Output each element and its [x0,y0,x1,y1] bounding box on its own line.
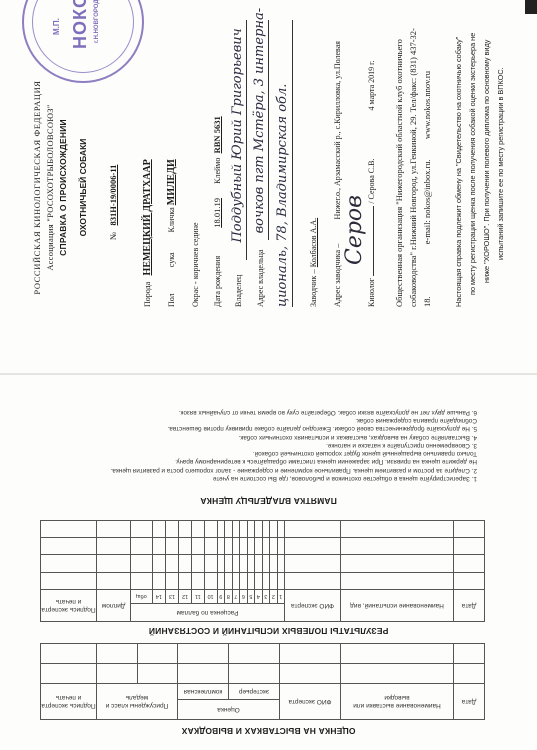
org-phone-suffix: 18. [422,296,432,307]
certificate-section: РОССИЙСКАЯ КИНОЛОГИЧЕСКАЯ ФЕДЕРАЦИЯ Ассо… [20,0,515,375]
trials-score-col: 13 [165,589,178,603]
memo-item: 2. Следите за ростом и развитием щенка. … [17,465,477,473]
org-website: www.nokos.nnov.ru [422,71,432,139]
trials-score-col: 12 [179,589,192,603]
memo-item: 6. Раньше двух лет не допускайте вязки с… [17,407,477,415]
memo-list: 1. Зарегистрируйте щенка в обществе охот… [17,407,477,482]
owner-address-row2: циональ, 78, Владимирская обл. [275,84,290,307]
trials-score-col: 2 [270,589,277,603]
shows-header-name: Наименование выставки или выводки [341,684,454,720]
table-row [41,664,485,684]
breed-row: Порода НЕМЕЦКИЙ ДРАТХААР [142,159,153,307]
owner-address-underline1 [268,20,269,240]
breed-value: НЕМЕЦКИЙ ДРАТХААР [142,159,153,275]
owner-address-line1: вочков пгт Мстёра, 3 интерна- [252,8,267,234]
sex-label: Пол [167,293,176,307]
certificate-number: 831Н-19/0006-11 [108,165,118,226]
dob-row: Дата рождения 18.01.19 Клеймо RBN 5631 [212,116,222,307]
table-row [41,555,485,572]
breeder-value: Колбасов А.А. [309,218,318,267]
owner-address-underline2 [292,20,293,307]
owner-address-row: Адрес владельца вочков пгт Мстёра, 3 инт… [252,8,267,307]
sex-value: сука [167,252,176,267]
shows-header-awards: Присуждены класс и медаль [97,684,178,720]
shows-header-exterior: экстерьер [229,684,280,700]
table-row [41,572,485,589]
color-value: коричнев седине [191,222,200,279]
records-section: ОЦЕНКА НА ВЫСТАВКАХ И ВЫВОДКАХ Дата Наим… [0,375,537,750]
trials-score-col: 8 [225,589,232,603]
notice-line2: по месту регистрации щенка после получен… [468,33,477,295]
notice-line4: испытаний запишите ее по месту регистрац… [496,67,505,260]
memo-item: 3. Своевременно приступайте к натаске и … [17,441,477,449]
trials-header-name: Наименование испытаний, вид [341,589,454,621]
name-label: Кличка [167,207,176,232]
shows-header-grade: Оценка [178,700,280,720]
stamp-mp: М.П. [52,18,61,35]
trials-score-col: 11 [192,589,204,603]
breeder-address-label: Адрес заводчика [333,250,342,307]
memo-item: 5. Не допускайте бродяжничества своей со… [17,424,477,432]
breeder-address-row: Адрес заводчика – Нижег.о., Арзамасский … [332,41,342,307]
owner-value: Поддубный Юрий Григорьевич [230,28,245,242]
table-row [41,521,485,538]
stamp-abbr: НОКОС [70,0,91,49]
memo-title: ПАМЯТКА ВЛАДЕЛЬЦУ ЩЕНКА [0,496,537,506]
table-row [41,644,485,664]
memo-item: Не держите щенка на привязи. При заражен… [17,457,477,465]
owner-address-label: Адрес владельца [256,250,265,307]
number-label: № [108,232,118,240]
shows-title: ОЦЕНКА НА ВЫСТАВКАХ И ВЫВОДКАХ [0,726,537,736]
trials-score-col: 10 [204,589,217,603]
trials-score-col: 7 [232,589,239,603]
shows-header-complex: комплексная [178,684,229,700]
trials-header-diploma: Диплом [97,589,131,621]
notice-line1: Настоящая справка подлежит обмену на "Св… [454,37,463,307]
memo-item: Только правильно выращенный щенок будет … [17,449,477,457]
cynologist-label: Кинолог [367,278,376,307]
trials-score-col: общ [131,589,153,603]
org-line2: собаководства" г.Нижний Новгород, ул.Ген… [408,28,418,307]
notice-line3: ниже "ХОРОШО". При получении полевого ди… [482,40,491,283]
shows-table: Дата Наименование выставки или выводки Ф… [40,643,485,720]
trials-header-scores: Расценка по баллам [131,603,285,621]
trials-header-signature: Подпись эксперта и печать [41,589,97,621]
name-value: МИЛЕДИ [166,159,177,205]
color-label: Окрас [191,286,200,307]
cynologist-signature: Серов [342,195,367,265]
brand-label: Клеймо [213,158,222,184]
trials-score-col: 9 [217,589,224,603]
cynologist-name: / Серова С.В. [367,159,376,204]
trials-score-col: 1 [277,589,284,603]
trials-score-col: 6 [240,589,247,603]
owner-address-line2: циональ, 78, Владимирская обл. [275,84,290,307]
cynologist-row: Кинолог / Серова С.В. 4 марта 2019 г. [366,60,376,307]
stamp-city: г.Н.НОВГОРОД [94,0,100,43]
brand-value: RBN 5631 [212,116,222,153]
field-trials-table: Дата Наименование испытаний, вид ФИО экс… [40,520,485,622]
shows-header-expert: ФИО эксперта [280,684,341,720]
table-row [41,538,485,555]
color-row: Окрас - коричнев седине [190,222,200,307]
trials-header-expert: ФИО эксперта [285,589,341,621]
sex-name-row: Пол сука Кличка МИЛЕДИ [166,159,177,307]
trials-score-col: 4 [255,589,262,603]
trials-score-col: 5 [247,589,254,603]
breed-label: Порода [143,282,152,307]
trials-header-date: Дата [454,589,485,621]
field-trials-title: РЕЗУЛЬТАТЫ ПОЛЕВЫХ ИСПЫТАНИЙ И СОСТЯЗАНИ… [0,626,537,636]
shows-header-date: Дата [454,684,485,720]
issue-date: 4 марта 2019 г. [367,60,376,110]
org-line1: Общественная организация "Нижегородский … [394,39,404,307]
breeder-address-value: Нижег.о., Арзамасский р., с.Кирилловка, … [333,41,342,219]
trials-score-col: 3 [262,589,269,603]
memo-item: 4. Выставляйте собаку на выводках, выста… [17,432,477,440]
dob-value: 18.01.19 [212,198,222,228]
scan-corner-mark [525,0,537,14]
org-line3: 18. e-mail: nokos@inbox.ru. www.nokos.nn… [422,71,432,307]
breeder-label: Заводчик [309,276,318,307]
breeder-row: Заводчик – Колбасов А.А. [308,218,318,307]
trials-score-col: 14 [152,589,165,603]
shows-header-signature: Подпись эксперта и печать [41,684,97,720]
memo-item: 1. Зарегистрируйте щенка в обществе охот… [17,474,477,482]
owner-label: Владелец [234,275,243,307]
org-email: e-mail: nokos@inbox.ru. [422,159,432,244]
dob-label: Дата рождения [213,256,222,307]
owner-underline [246,20,247,260]
certificate-number-row: № 831Н-19/0006-11 [108,165,118,240]
owner-row: Владелец Поддубный Юрий Григорьевич [230,28,245,307]
memo-item: Соблюдайте правила содержания собак. [17,416,477,424]
